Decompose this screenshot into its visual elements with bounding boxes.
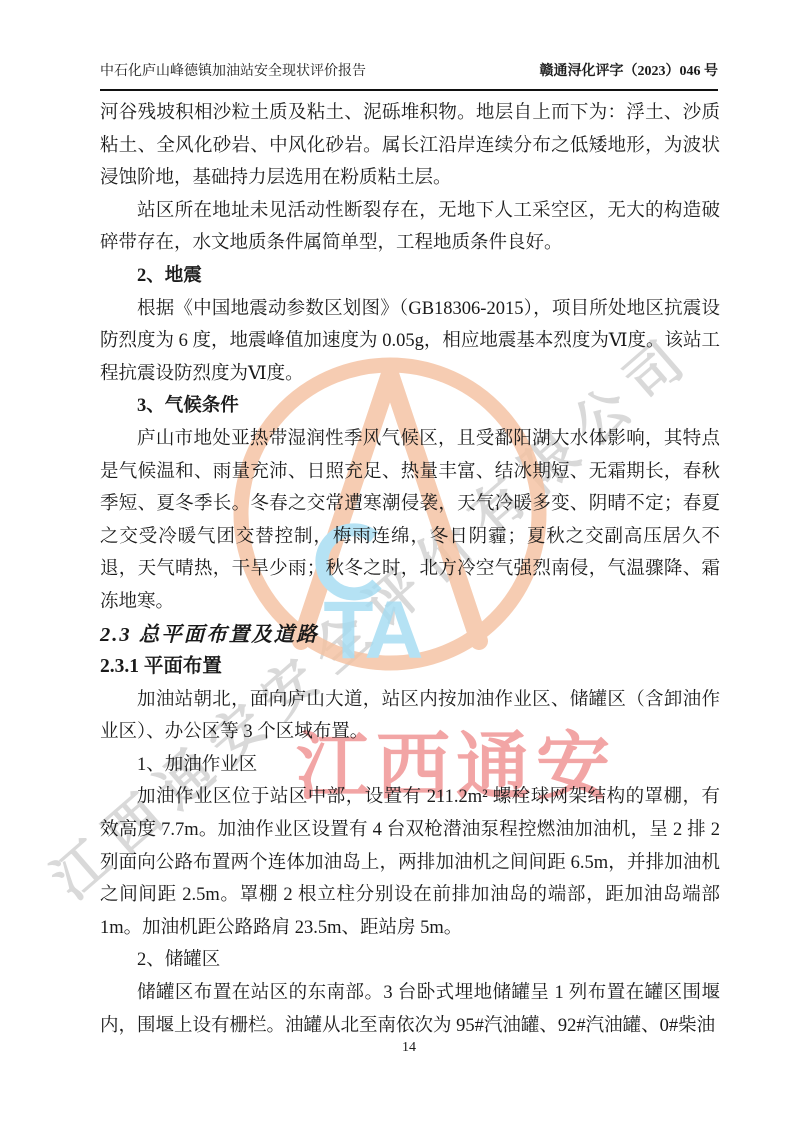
paragraph-climate: 庐山市地处亚热带湿润性季风气候区，且受鄱阳湖大水体影响，其特点是气候温和、雨量充…	[100, 423, 720, 619]
heading-subsection-2-3-1: 2.3.1 平面布置	[100, 651, 720, 684]
paragraph-station-layout: 加油站朝北，面向庐山大道，站区内按加油作业区、储罐区（含卸油作业区）、办公区等 …	[100, 684, 720, 749]
paragraph-earthquake: 根据《中国地震动参数区划图》（GB18306-2015），项目所处地区抗震设防烈…	[100, 293, 720, 391]
page-header: 中石化庐山峰德镇加油站安全现状评价报告 赣通浔化评字（2023）046 号	[100, 62, 718, 91]
paragraph-site-conditions: 站区所在地址未见活动性断裂存在，无地下人工采空区，无大的构造破碎带存在，水文地质…	[100, 195, 720, 260]
paragraph-tank-area: 储罐区布置在站区的东南部。3 台卧式埋地储罐呈 1 列布置在罐区围堰内，围堰上设…	[100, 977, 720, 1042]
page-footer: 14	[100, 1040, 718, 1056]
header-report-title: 中石化庐山峰德镇加油站安全现状评价报告	[100, 62, 366, 82]
heading-refuel-area: 1、加油作业区	[100, 749, 720, 782]
report-page: 江西通安安全评价有限公司 TA 江西通安 中石化庐山峰德镇加油站安全现状评价报告…	[0, 0, 800, 1131]
heading-climate: 3、气候条件	[100, 390, 720, 423]
heading-section-2-3: 2.3 总平面布置及道路	[100, 619, 720, 652]
heading-earthquake: 2、地震	[100, 260, 720, 293]
heading-tank-area: 2、储罐区	[100, 944, 720, 977]
paragraph-geology-continuation: 河谷残坡积相沙粒土质及粘土、泥砾堆积物。地层自上而下为：浮土、沙质粘土、全风化砂…	[100, 97, 720, 195]
paragraph-refuel-area: 加油作业区位于站区中部，设置有 211.2m² 螺栓球网架结构的罩棚，有效高度 …	[100, 781, 720, 944]
page-content: 中石化庐山峰德镇加油站安全现状评价报告 赣通浔化评字（2023）046 号 河谷…	[0, 0, 800, 1131]
page-number: 14	[402, 1040, 416, 1055]
header-doc-number: 赣通浔化评字（2023）046 号	[540, 62, 719, 82]
document-body: 河谷残坡积相沙粒土质及粘土、泥砾堆积物。地层自上而下为：浮土、沙质粘土、全风化砂…	[100, 97, 720, 1042]
